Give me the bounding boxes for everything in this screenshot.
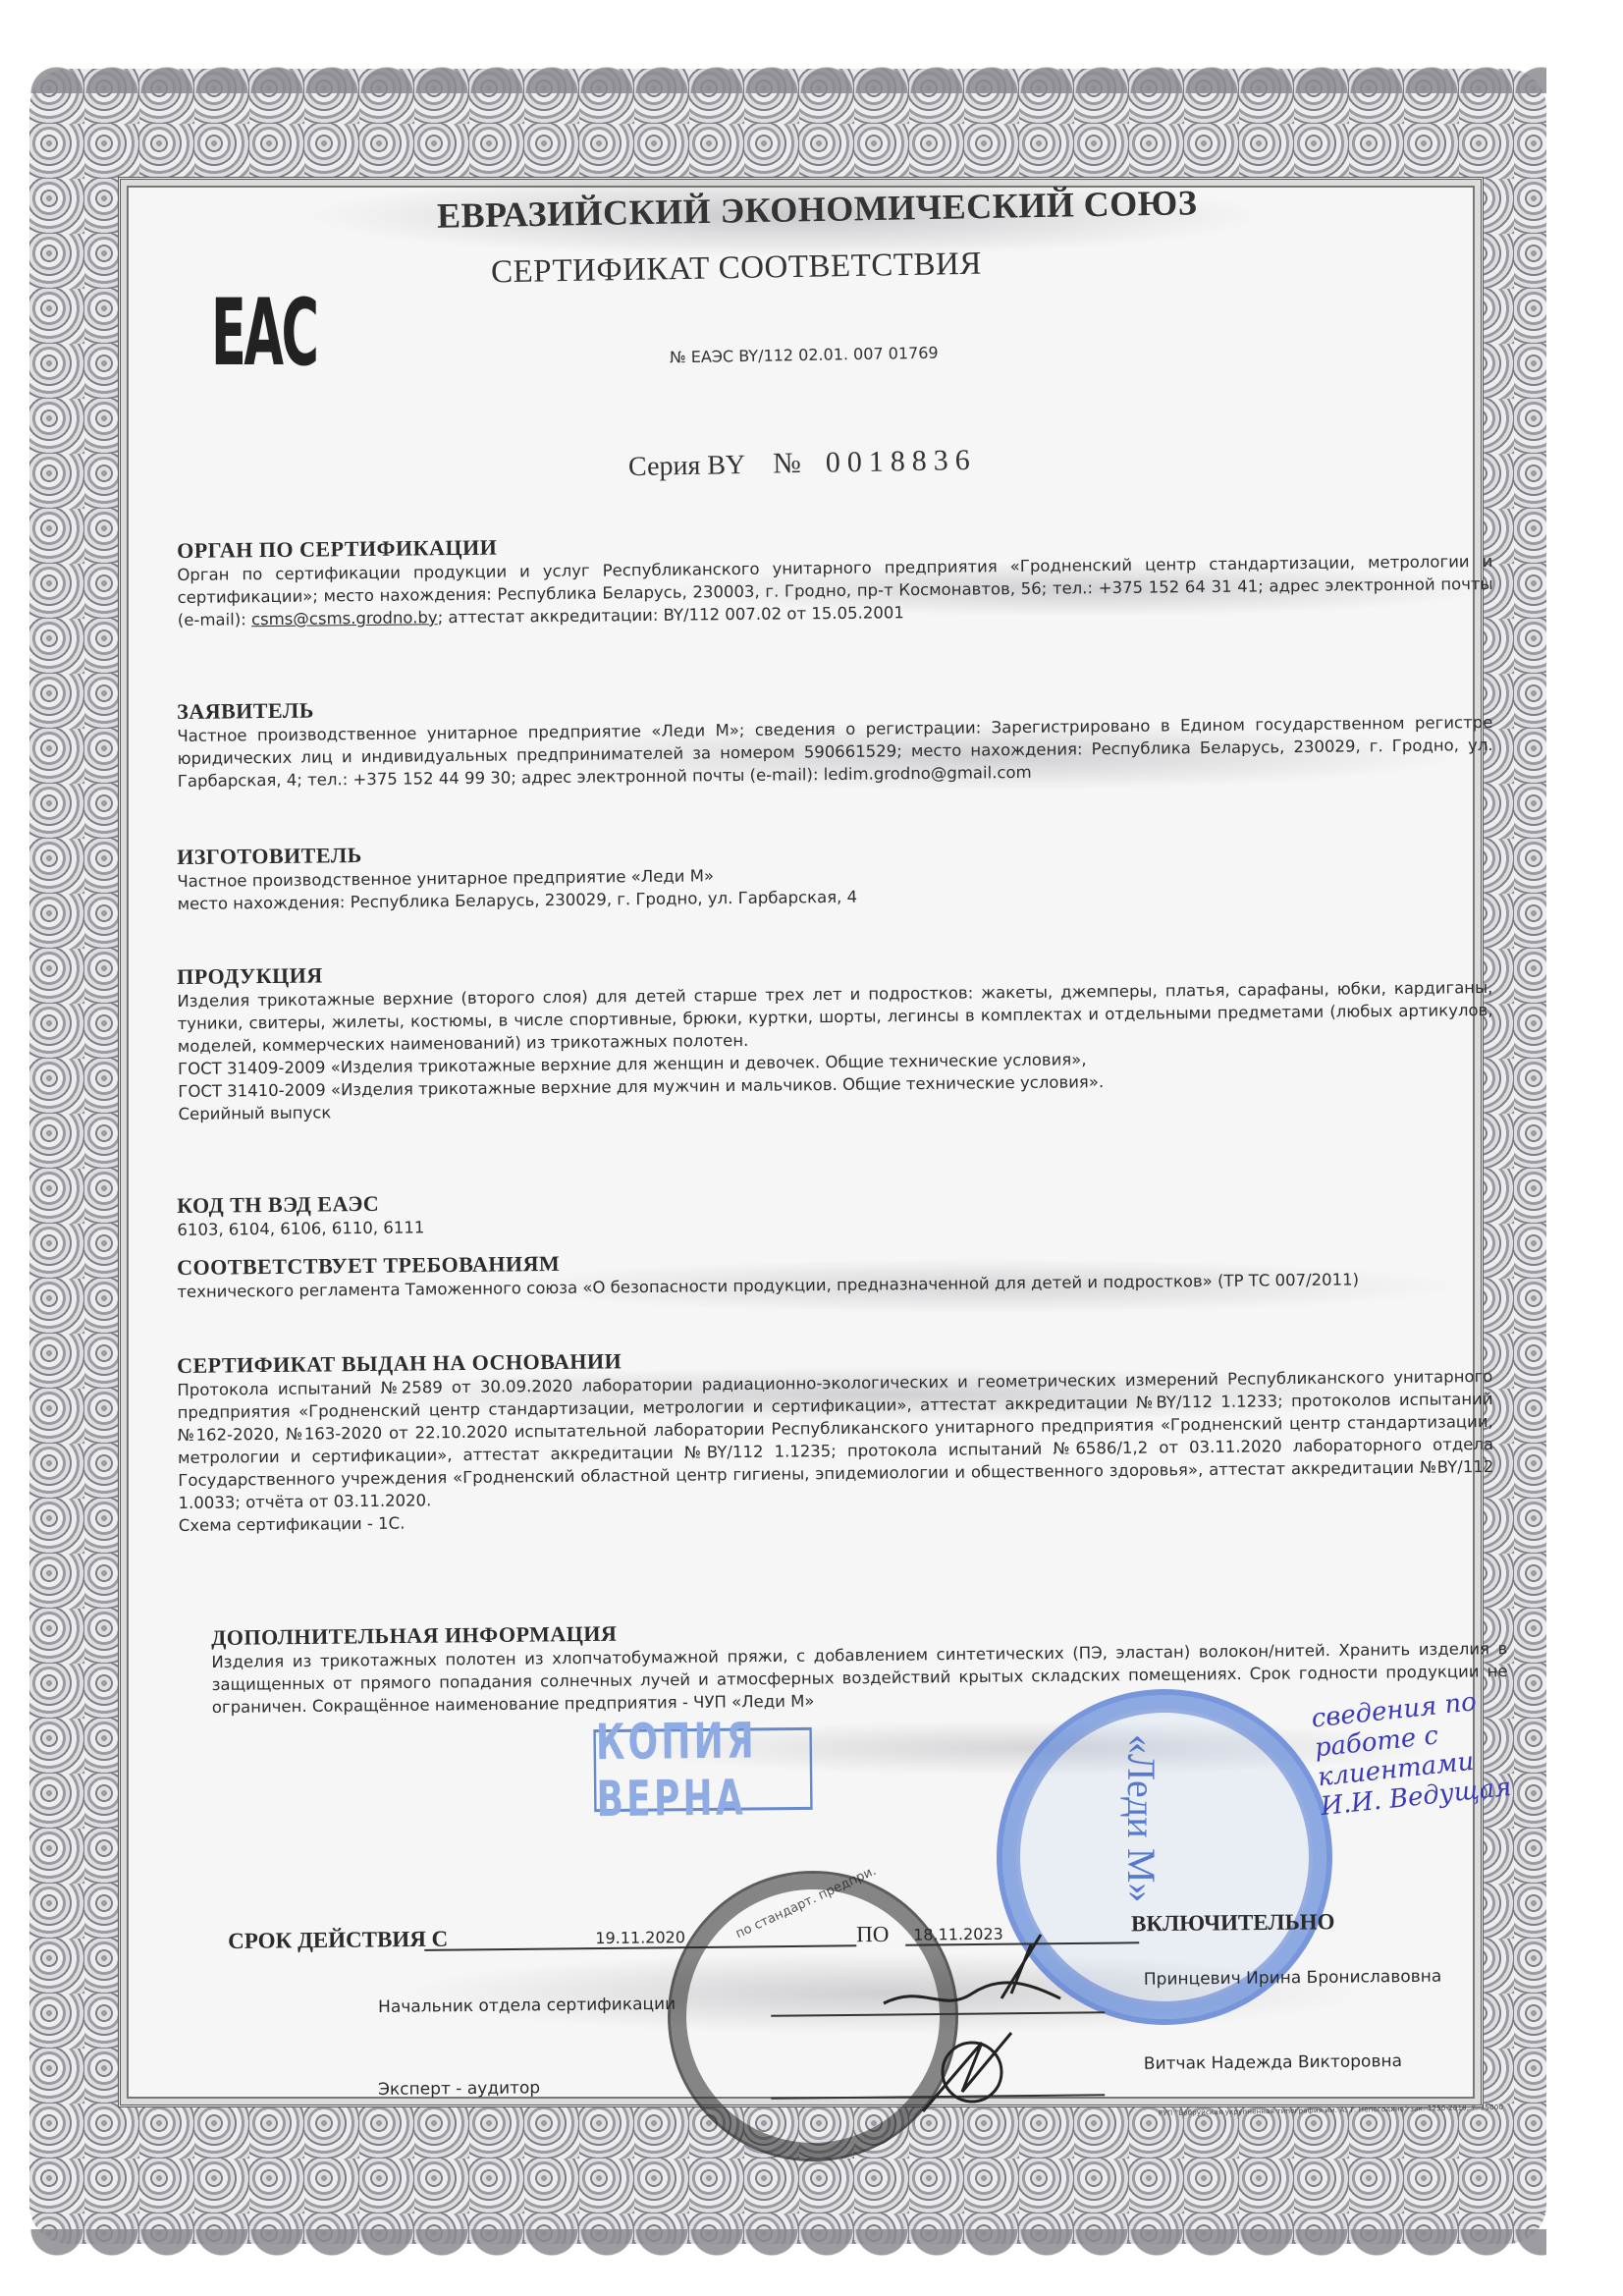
section-certification-body: ОРГАН ПО СЕРТИФИКАЦИИ Орган по сертифика… bbox=[177, 524, 1493, 631]
copy-certified-stamp: КОПИЯ ВЕРНА bbox=[593, 1727, 812, 1812]
organ-email-link[interactable]: csms@csms.grodno.by bbox=[251, 608, 438, 629]
handwritten-note: сведения по работе с клиентами И.И. Веду… bbox=[1310, 1684, 1517, 1822]
eac-logo: EAC bbox=[211, 280, 316, 387]
stamp-text: «Леди М» bbox=[1118, 1734, 1164, 1902]
signature-scribble-icon bbox=[864, 1925, 1090, 2121]
signatory-role: Эксперт - аудитор bbox=[378, 2078, 540, 2100]
section-issued-basis: СЕРТИФИКАТ ВЫДАН НА ОСНОВАНИИ Протокола … bbox=[177, 1339, 1494, 1537]
signatory-role: Начальник отдела сертификации bbox=[378, 1995, 676, 2017]
signatory-name: Витчак Надежда Викторовна bbox=[1144, 2051, 1402, 2074]
signatory-name: Принцевич Ирина Брониславовна bbox=[1144, 1967, 1442, 1990]
basis-text: Протокола испытаний №2589 от 30.09.2020 … bbox=[177, 1365, 1493, 1514]
section-applicant: ЗАЯВИТЕЛЬ Частное производственное унита… bbox=[177, 685, 1493, 793]
series-number: 0018836 bbox=[825, 444, 977, 479]
organ-accreditation: ; аттестат аккредитации: BY/112 007.02 о… bbox=[438, 603, 904, 627]
inclusive-label: ВКЛЮЧИТЕЛЬНО bbox=[1131, 1909, 1335, 1937]
certificate-page: EAC ЕВРАЗИЙСКИЙ ЭКОНОМИЧЕСКИЙ СОЮЗ СЕРТИ… bbox=[0, 0, 1623, 2296]
section-text: Частное производственное унитарное предп… bbox=[177, 711, 1493, 793]
series-line: Серия BY № 0018836 bbox=[628, 444, 977, 483]
section-manufacturer: ИЗГОТОВИТЕЛЬ Частное производственное ун… bbox=[177, 831, 1493, 915]
validity-label: СРОК ДЕЙСТВИЯ С bbox=[228, 1927, 448, 1954]
section-additional-info: ДОПОЛНИТЕЛЬНАЯ ИНФОРМАЦИЯ Изделия из три… bbox=[211, 1612, 1508, 1719]
section-text: Орган по сертификации продукции и услуг … bbox=[177, 550, 1493, 631]
number-sign: № bbox=[773, 447, 801, 479]
series-label: Серия BY bbox=[628, 450, 745, 482]
section-product: ПРОДУКЦИЯ Изделия трикотажные верхние (в… bbox=[177, 951, 1494, 1125]
